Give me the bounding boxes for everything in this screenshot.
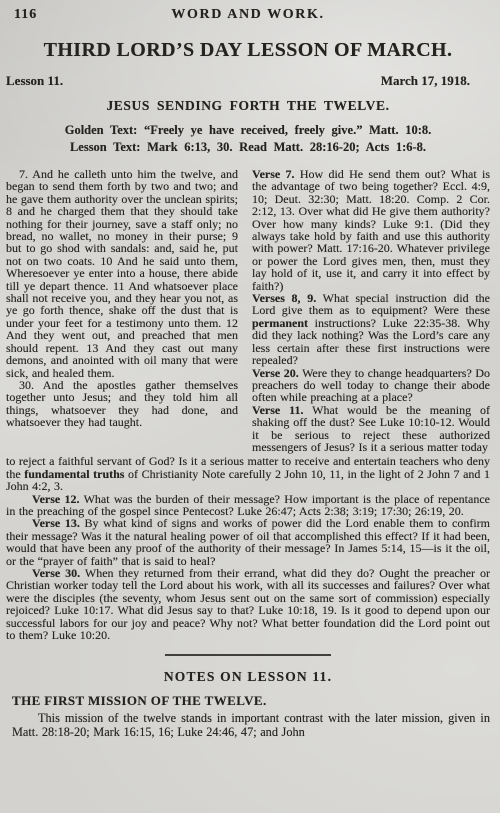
scripture-paragraph: 7. And he calleth unto him the twelve, a… (6, 168, 238, 379)
two-column-section: 7. And he calleth unto him the twelve, a… (6, 168, 490, 453)
continuation-paragraph: to reject a faithful servant of God? Is … (6, 455, 490, 492)
page-number: 116 (14, 7, 37, 23)
masthead: 116 WORD AND WORK. (6, 7, 490, 25)
golden-text-value: “Freely ye have received, freely give.” … (144, 123, 431, 137)
notes-subheading: THE FIRST MISSION OF THE TWELVE. (12, 693, 490, 709)
question-paragraph: Verse 20. Were they to change headquarte… (252, 367, 490, 404)
question-paragraph: Verse 30. When they returned from their … (6, 567, 490, 641)
lesson-text-label: Lesson Text: (70, 140, 141, 154)
lesson-title: JESUS SENDING FORTH THE TWELVE. (6, 98, 490, 114)
notes-paragraph: This mission of the twelve stands in imp… (12, 712, 490, 739)
golden-text-line: Golden Text: “Freely ye have received, f… (6, 123, 490, 138)
lesson-number: Lesson 11. (6, 73, 63, 89)
golden-text-label: Golden Text: (65, 123, 138, 137)
section-divider (165, 654, 331, 656)
question-paragraph: Verses 8, 9. What special instruction di… (252, 292, 490, 366)
scripture-column: 7. And he calleth unto him the twelve, a… (6, 168, 238, 453)
main-title: THIRD LORD’S DAY LESSON OF MARCH. (6, 39, 490, 62)
question-paragraph: Verse 13. By what kind of signs and work… (6, 517, 490, 567)
question-paragraph: Verse 12. What was the burden of their m… (6, 493, 490, 518)
question-paragraph: Verse 11. What would be the meaning of s… (252, 404, 490, 454)
lesson-date: March 17, 1918. (381, 73, 470, 89)
notes-heading: NOTES ON LESSON 11. (6, 669, 490, 685)
lesson-text-line: Lesson Text: Mark 6:13, 30. Read Matt. 2… (6, 140, 490, 155)
lesson-text-value: Mark 6:13, 30. Read Matt. 28:16-20; Acts… (147, 140, 426, 154)
journal-title: WORD AND WORK. (171, 7, 324, 22)
scanned-document-page: 116 WORD AND WORK. THIRD LORD’S DAY LESS… (0, 0, 500, 813)
full-width-section: to reject a faithful servant of God? Is … (6, 455, 490, 641)
question-paragraph: Verse 7. How did He send them out? What … (252, 168, 490, 292)
scripture-paragraph: 30. And the apostles gather themselves t… (6, 379, 238, 429)
questions-column: Verse 7. How did He send them out? What … (252, 168, 490, 453)
lesson-meta-row: Lesson 11. March 17, 1918. (6, 73, 490, 89)
